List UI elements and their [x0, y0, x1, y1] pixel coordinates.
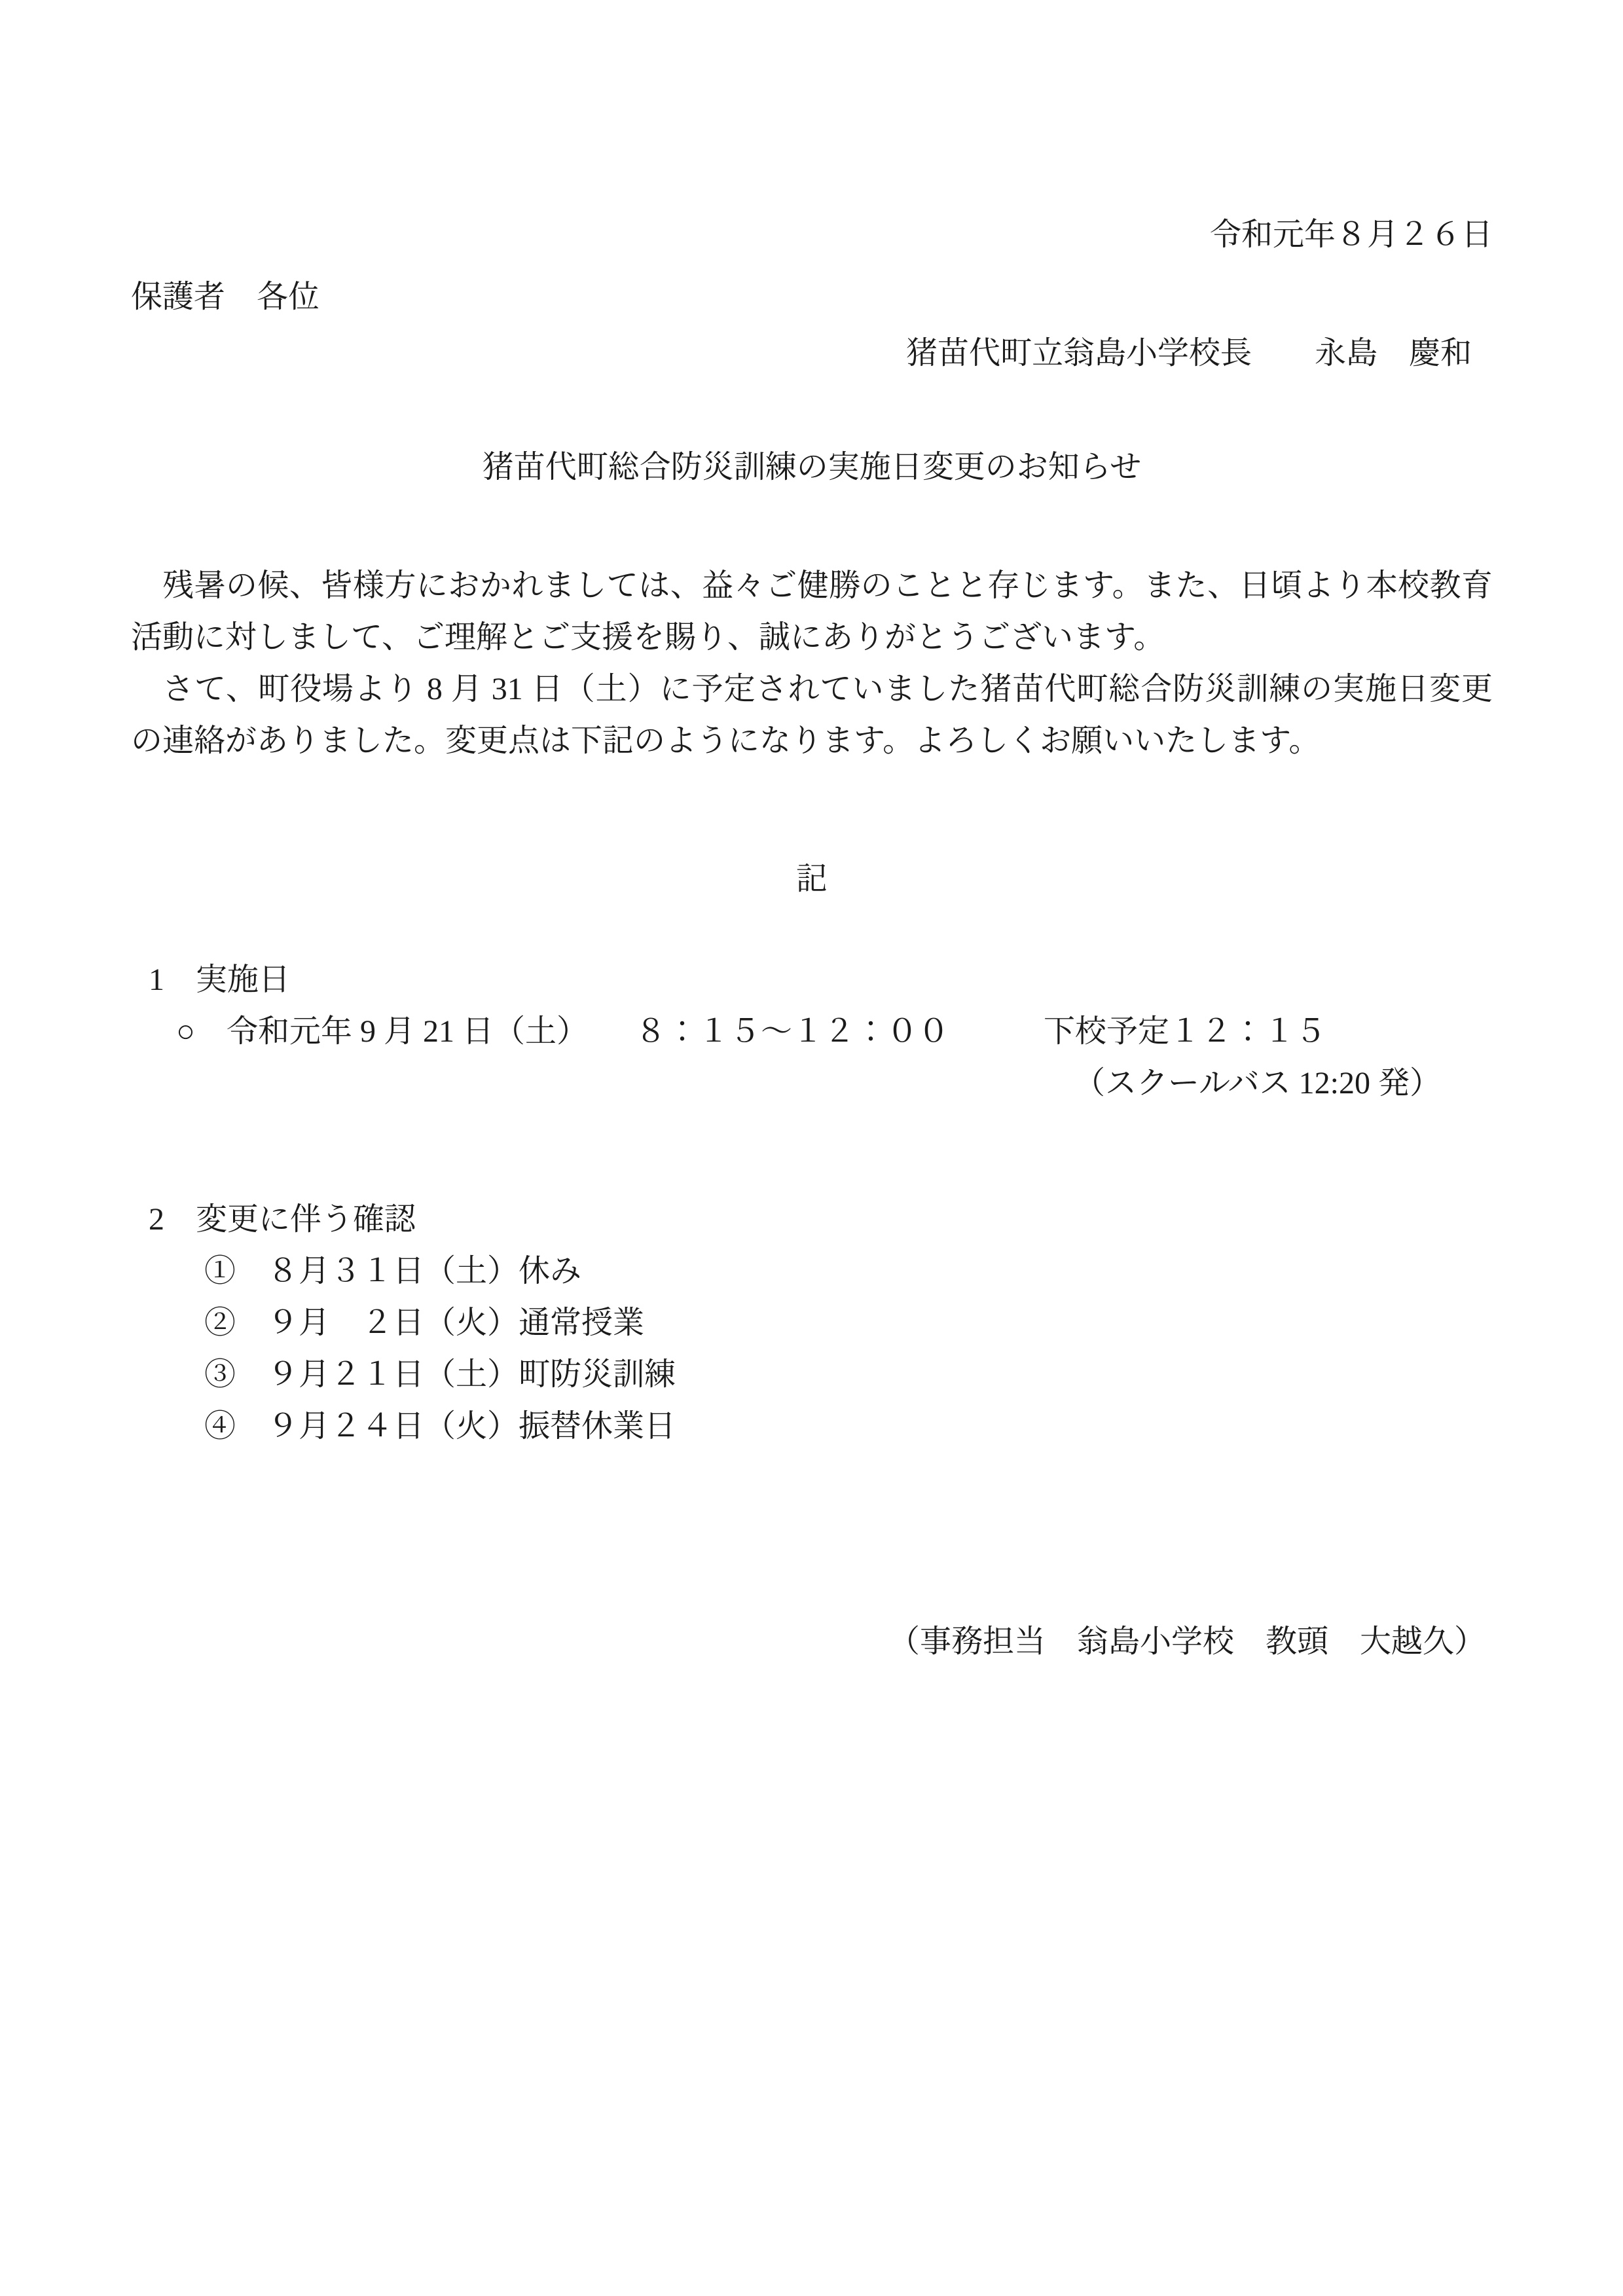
- confirmation-item-4: ④ ９月２４日（火）振替休業日: [131, 1400, 1493, 1452]
- addressee-line: 保護者 各位: [131, 271, 1493, 323]
- body-paragraph-notice: さて、町役場より 8 月 31 日（土）に予定されていました猪苗代町総合防災訓練…: [131, 663, 1493, 767]
- confirmation-item-2: ② ９月 ２日（火）通常授業: [131, 1297, 1493, 1349]
- school-bus-note: （スクールバス 12:20 発）: [131, 1057, 1493, 1109]
- document-content: 令和元年８月２６日 保護者 各位 猪苗代町立翁島小学校長 永島 慶和 猪苗代町総…: [131, 0, 1493, 1667]
- section2-heading: 2 変更に伴う確認: [131, 1194, 1493, 1245]
- clerk-contact-line: （事務担当 翁島小学校 教頭 大越久）: [131, 1616, 1493, 1667]
- body-paragraph-greeting: 残暑の候、皆様方におかれましては、益々ご健勝のことと存じます。また、日頃より本校…: [131, 560, 1493, 663]
- notice-title: 猪苗代町総合防災訓練の実施日変更のお知らせ: [131, 441, 1493, 493]
- document-page: 令和元年８月２６日 保護者 各位 猪苗代町立翁島小学校長 永島 慶和 猪苗代町総…: [0, 0, 1623, 2296]
- section1-heading: 1 実施日: [131, 954, 1493, 1006]
- confirmation-item-3: ③ ９月２１日（土）町防災訓練: [131, 1349, 1493, 1400]
- record-marker: 記: [131, 853, 1493, 905]
- schedule-line: ○ 令和元年 9 月 21 日（土） ８：１５～１２：００ 下校予定１２：１５: [131, 1006, 1493, 1057]
- sender-line: 猪苗代町立翁島小学校長 永島 慶和: [131, 327, 1493, 379]
- confirmation-item-1: ① ８月３１日（土）休み: [131, 1245, 1493, 1297]
- issue-date: 令和元年８月２６日: [131, 209, 1493, 261]
